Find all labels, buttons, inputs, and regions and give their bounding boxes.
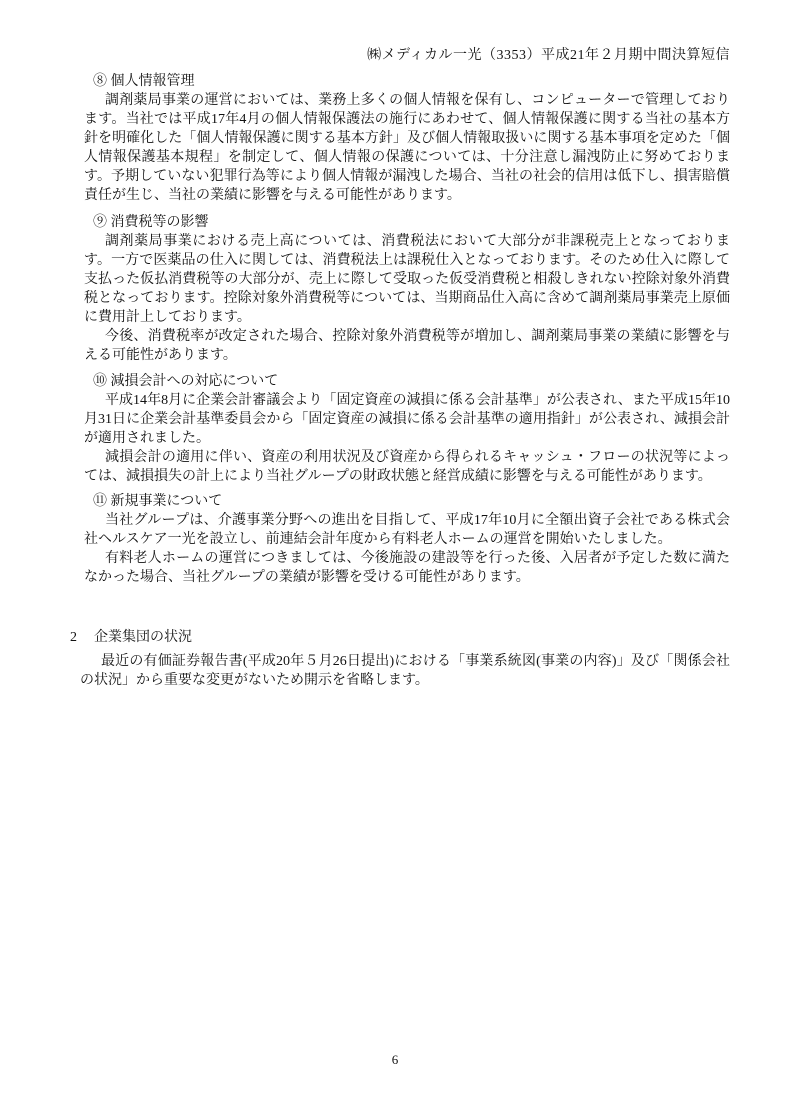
paragraph: 今後、消費税率が改定された場合、控除対象外消費税等が増加し、調剤薬局事業の業績に…	[84, 327, 730, 365]
paragraph: 平成14年8月に企業会計審議会より「固定資産の減損に係る会計基準」が公表され、ま…	[84, 391, 730, 448]
document-page: ㈱メディカル一光（3353）平成21年２月期中間決算短信 ⑧ 個人情報管理 調剤…	[0, 0, 790, 1118]
paragraph: 有料老人ホームの運営につきましては、今後施設の建設等を行った後、入居者が予定した…	[84, 549, 730, 587]
section-impairment-accounting: ⑩ 減損会計への対応について 平成14年8月に企業会計審議会より「固定資産の減損…	[84, 372, 730, 486]
paragraph: 最近の有価証券報告書(平成20年５月26日提出)における「事業系統図(事業の内容…	[80, 652, 730, 690]
paragraph: 減損会計の適用に伴い、資産の利用状況及び資産から得られるキャッシュ・フローの状況…	[84, 448, 730, 486]
section-two-number: 2	[70, 628, 77, 647]
paragraph: 調剤薬局事業における売上高については、消費税法において大部分が非課税売上となって…	[84, 232, 730, 327]
section-two-heading: 2企業集団の状況	[70, 628, 730, 647]
paragraph: 当社グループは、介護事業分野への進出を目指して、平成17年10月に全額出資子会社…	[84, 511, 730, 549]
paragraph: 調剤薬局事業の運営においては、業務上多くの個人情報を保有し、コンピューターで管理…	[84, 91, 730, 205]
section-heading-personal-info: ⑧ 個人情報管理	[93, 72, 730, 91]
section-heading-new-business: ⑪ 新規事業について	[93, 492, 730, 511]
section-two-title: 企業集団の状況	[94, 630, 192, 645]
document-header-title: ㈱メディカル一光（3353）平成21年２月期中間決算短信	[70, 46, 730, 65]
section-consumption-tax: ⑨ 消費税等の影響 調剤薬局事業における売上高については、消費税法において大部分…	[84, 213, 730, 365]
section-new-business: ⑪ 新規事業について 当社グループは、介護事業分野への進出を目指して、平成17年…	[84, 492, 730, 587]
section-heading-consumption-tax: ⑨ 消費税等の影響	[93, 213, 730, 232]
section-heading-impairment-accounting: ⑩ 減損会計への対応について	[93, 372, 730, 391]
section-personal-info-management: ⑧ 個人情報管理 調剤薬局事業の運営においては、業務上多くの個人情報を保有し、コ…	[84, 72, 730, 205]
page-number: 6	[0, 1050, 790, 1069]
section-corporate-group-status: 2企業集団の状況 最近の有価証券報告書(平成20年５月26日提出)における「事業…	[70, 628, 730, 690]
